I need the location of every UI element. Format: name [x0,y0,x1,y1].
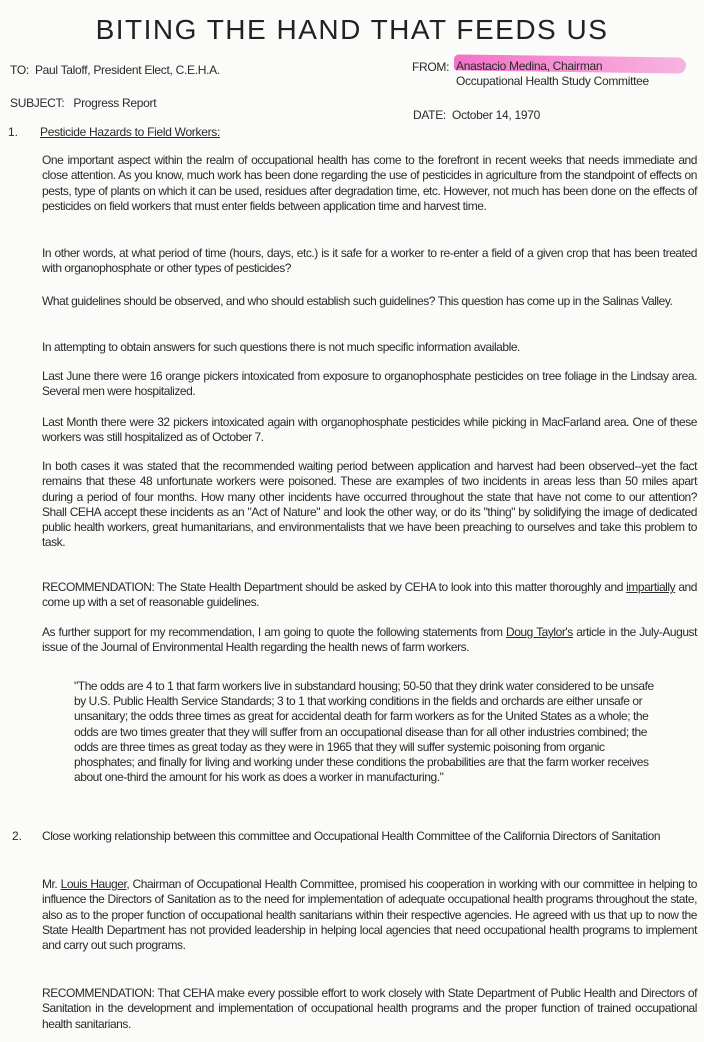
date-value: October 14, 1970 [452,108,540,122]
to-value: Paul Taloff, President Elect, C.E.H.A. [35,63,220,77]
from-label: FROM: [412,60,449,74]
from-name: Anastacio Medina, Chairman [456,59,602,73]
paragraph: Mr. Louis Hauger, Chairman of Occupation… [42,877,697,953]
recommendation-2: RECOMMENDATION: That CEHA make every pos… [42,986,697,1032]
recommendation-1: RECOMMENDATION: The State Health Departm… [42,580,697,611]
subject-value: Progress Report [73,96,156,110]
subject-line: SUBJECT: Progress Report [10,96,156,110]
underlined-word: impartially [626,580,675,594]
date-label: DATE: [413,108,446,122]
section-1-heading: Pesticide Hazards to Field Workers: [40,125,220,139]
paragraph: Last June there were 16 orange pickers i… [42,369,697,400]
from-org: Occupational Health Study Committee [456,74,649,88]
paragraph: One important aspect within the realm of… [42,153,697,214]
paragraph: Last Month there were 32 pickers intoxic… [42,415,697,446]
recommendation-text: RECOMMENDATION: The State Health Departm… [42,580,626,594]
document-title: BITING THE HAND THAT FEEDS US [0,14,704,46]
support-text: As further support for my recommendation… [42,625,506,639]
subject-label: SUBJECT: [10,96,64,110]
support-paragraph: As further support for my recommendation… [42,625,697,656]
paragraph-text: , Chairman of Occupational Health Commit… [42,877,697,952]
paragraph: In attempting to obtain answers for such… [42,340,697,355]
to-line: TO: Paul Taloff, President Elect, C.E.H.… [10,63,220,77]
section-1-number: 1. [8,125,18,139]
section-2-heading: Close working relationship between this … [42,829,697,844]
date-line: DATE: October 14, 1970 [413,108,540,122]
paragraph-text: Mr. [42,877,61,891]
paragraph: What guidelines should be observed, and … [42,294,697,309]
person-name: Louis Hauger [61,877,127,891]
paragraph: In both cases it was stated that the rec… [42,459,697,551]
paragraph: In other words, at what period of time (… [42,246,697,277]
block-quote: "The odds are 4 to 1 that farm workers l… [74,679,664,785]
author-name: Doug Taylor's [506,625,573,639]
section-2-number: 2. [12,829,22,843]
to-label: TO: [10,63,29,77]
